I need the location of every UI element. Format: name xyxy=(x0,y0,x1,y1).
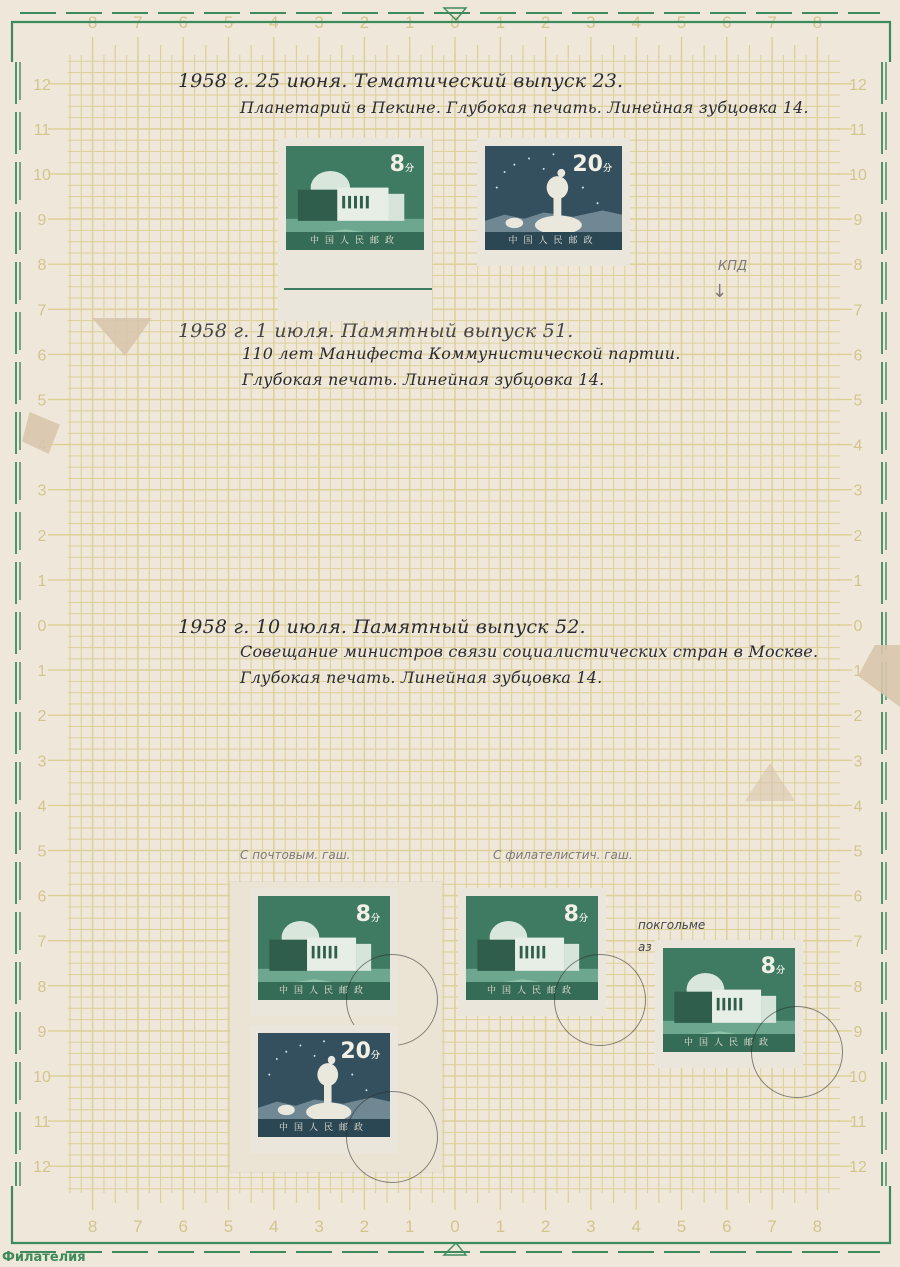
kpd-arrow: ↓ xyxy=(712,281,727,302)
svg-text:6: 6 xyxy=(854,889,863,906)
svg-text:7: 7 xyxy=(767,1217,776,1236)
entry-3-line-1: Совещание министров связи социалистическ… xyxy=(240,642,818,661)
stamp-20-fen-projector: 20分中国人民邮政 xyxy=(477,138,630,266)
svg-text:2: 2 xyxy=(38,528,47,545)
postal-cancel-note: С почтовым. гаш. xyxy=(240,848,350,862)
stamp-8-fen-planetarium-used: 8分中国人民邮政 xyxy=(250,888,398,1016)
denomination: 20分 xyxy=(340,1039,380,1064)
denomination: 8分 xyxy=(564,902,588,927)
stamp-8-fen-planetarium: 8分中国人民邮政 xyxy=(278,138,432,321)
svg-text:4: 4 xyxy=(38,798,47,815)
svg-text:7: 7 xyxy=(854,934,863,951)
stamp-design: 8分中国人民邮政 xyxy=(286,146,424,250)
denomination: 8分 xyxy=(390,152,414,177)
stamp-8-fen-planetarium-used: 8分中国人民邮政 xyxy=(458,888,606,1016)
kpd-note: КПД xyxy=(718,259,747,274)
entry-1-line-1: Планетарий в Пекине. Глубокая печать. Ли… xyxy=(240,98,809,117)
svg-text:9: 9 xyxy=(38,212,47,229)
svg-text:6: 6 xyxy=(38,889,47,906)
sheet-margin-line xyxy=(284,288,432,290)
svg-text:12: 12 xyxy=(33,1159,51,1176)
svg-text:3: 3 xyxy=(314,1217,323,1236)
svg-text:6: 6 xyxy=(854,347,863,364)
svg-text:10: 10 xyxy=(33,167,51,184)
svg-text:2: 2 xyxy=(854,528,863,545)
postmark-cancel xyxy=(346,1091,438,1183)
svg-text:12: 12 xyxy=(849,77,867,94)
svg-text:8: 8 xyxy=(854,257,863,274)
svg-text:4: 4 xyxy=(631,1217,640,1236)
svg-text:3: 3 xyxy=(854,753,863,770)
svg-text:10: 10 xyxy=(33,1069,51,1086)
svg-text:10: 10 xyxy=(849,1069,867,1086)
denomination: 20分 xyxy=(572,152,612,177)
svg-text:12: 12 xyxy=(33,77,51,94)
stamp-8-fen-planetarium-used: 8分中国人民邮政 xyxy=(655,940,803,1068)
entry-2-line-2: Глубокая печать. Линейная зубцовка 14. xyxy=(242,370,604,389)
svg-text:3: 3 xyxy=(586,1217,595,1236)
svg-text:11: 11 xyxy=(850,1114,867,1131)
svg-text:6: 6 xyxy=(722,1217,731,1236)
publisher-brand: Филателия xyxy=(2,1250,86,1265)
svg-text:2: 2 xyxy=(854,708,863,725)
svg-text:1: 1 xyxy=(405,1217,414,1236)
partial-note-2: аз xyxy=(638,940,652,954)
entry-3-header: 1958 г. 10 июля. Памятный выпуск 52. xyxy=(178,616,586,638)
svg-text:7: 7 xyxy=(133,1217,142,1236)
denomination: 8分 xyxy=(761,954,785,979)
partial-note-1: покгольме xyxy=(638,918,705,932)
svg-text:4: 4 xyxy=(854,438,863,455)
svg-text:12: 12 xyxy=(849,1159,867,1176)
svg-text:8: 8 xyxy=(38,257,47,274)
postmark-cancel xyxy=(751,1006,843,1098)
svg-text:11: 11 xyxy=(34,122,51,139)
svg-text:9: 9 xyxy=(854,1024,863,1041)
svg-text:5: 5 xyxy=(677,1217,686,1236)
postmark-cancel xyxy=(554,954,646,1046)
svg-text:3: 3 xyxy=(38,753,47,770)
entry-1-header: 1958 г. 25 июня. Тематический выпуск 23. xyxy=(178,70,623,92)
svg-text:3: 3 xyxy=(854,483,863,500)
svg-text:9: 9 xyxy=(38,1024,47,1041)
svg-text:7: 7 xyxy=(38,302,47,319)
stamp-design: 20分中国人民邮政 xyxy=(485,146,622,250)
svg-text:4: 4 xyxy=(854,798,863,815)
svg-text:5: 5 xyxy=(38,393,47,410)
country-band: 中国人民邮政 xyxy=(485,232,622,250)
svg-text:5: 5 xyxy=(854,844,863,861)
svg-text:8: 8 xyxy=(854,979,863,996)
svg-text:1: 1 xyxy=(496,1217,505,1236)
svg-text:1: 1 xyxy=(38,573,47,590)
svg-text:5: 5 xyxy=(38,844,47,861)
entry-3-line-2: Глубокая печать. Линейная зубцовка 14. xyxy=(240,668,602,687)
svg-text:9: 9 xyxy=(854,212,863,229)
entry-2-line-1: 110 лет Манифеста Коммунистической парти… xyxy=(242,344,680,363)
svg-text:0: 0 xyxy=(38,618,47,635)
svg-text:8: 8 xyxy=(38,979,47,996)
svg-text:1: 1 xyxy=(854,573,863,590)
svg-text:2: 2 xyxy=(360,1217,369,1236)
svg-text:8: 8 xyxy=(88,1217,97,1236)
svg-text:6: 6 xyxy=(178,1217,187,1236)
svg-text:7: 7 xyxy=(38,934,47,951)
country-band: 中国人民邮政 xyxy=(286,232,424,250)
svg-text:8: 8 xyxy=(813,1217,822,1236)
svg-text:10: 10 xyxy=(849,167,867,184)
svg-text:6: 6 xyxy=(38,347,47,364)
svg-text:4: 4 xyxy=(269,1217,278,1236)
svg-text:7: 7 xyxy=(854,302,863,319)
philatelic-cancel-note: С филателистич. гаш. xyxy=(493,848,633,862)
svg-text:5: 5 xyxy=(224,1217,233,1236)
svg-text:5: 5 xyxy=(854,393,863,410)
svg-text:2: 2 xyxy=(541,1217,550,1236)
stamp-20-fen-projector-used: 20分中国人民邮政 xyxy=(250,1025,398,1153)
entry-2-header: 1958 г. 1 июля. Памятный выпуск 51. xyxy=(178,320,573,342)
svg-text:2: 2 xyxy=(38,708,47,725)
svg-text:11: 11 xyxy=(850,122,867,139)
svg-text:0: 0 xyxy=(450,1217,459,1236)
svg-text:1: 1 xyxy=(38,663,47,680)
svg-text:11: 11 xyxy=(34,1114,51,1131)
svg-text:0: 0 xyxy=(854,618,863,635)
svg-text:3: 3 xyxy=(38,483,47,500)
denomination: 8分 xyxy=(356,902,380,927)
album-page: 8877665544332211001122334455667788121211… xyxy=(0,0,900,1267)
